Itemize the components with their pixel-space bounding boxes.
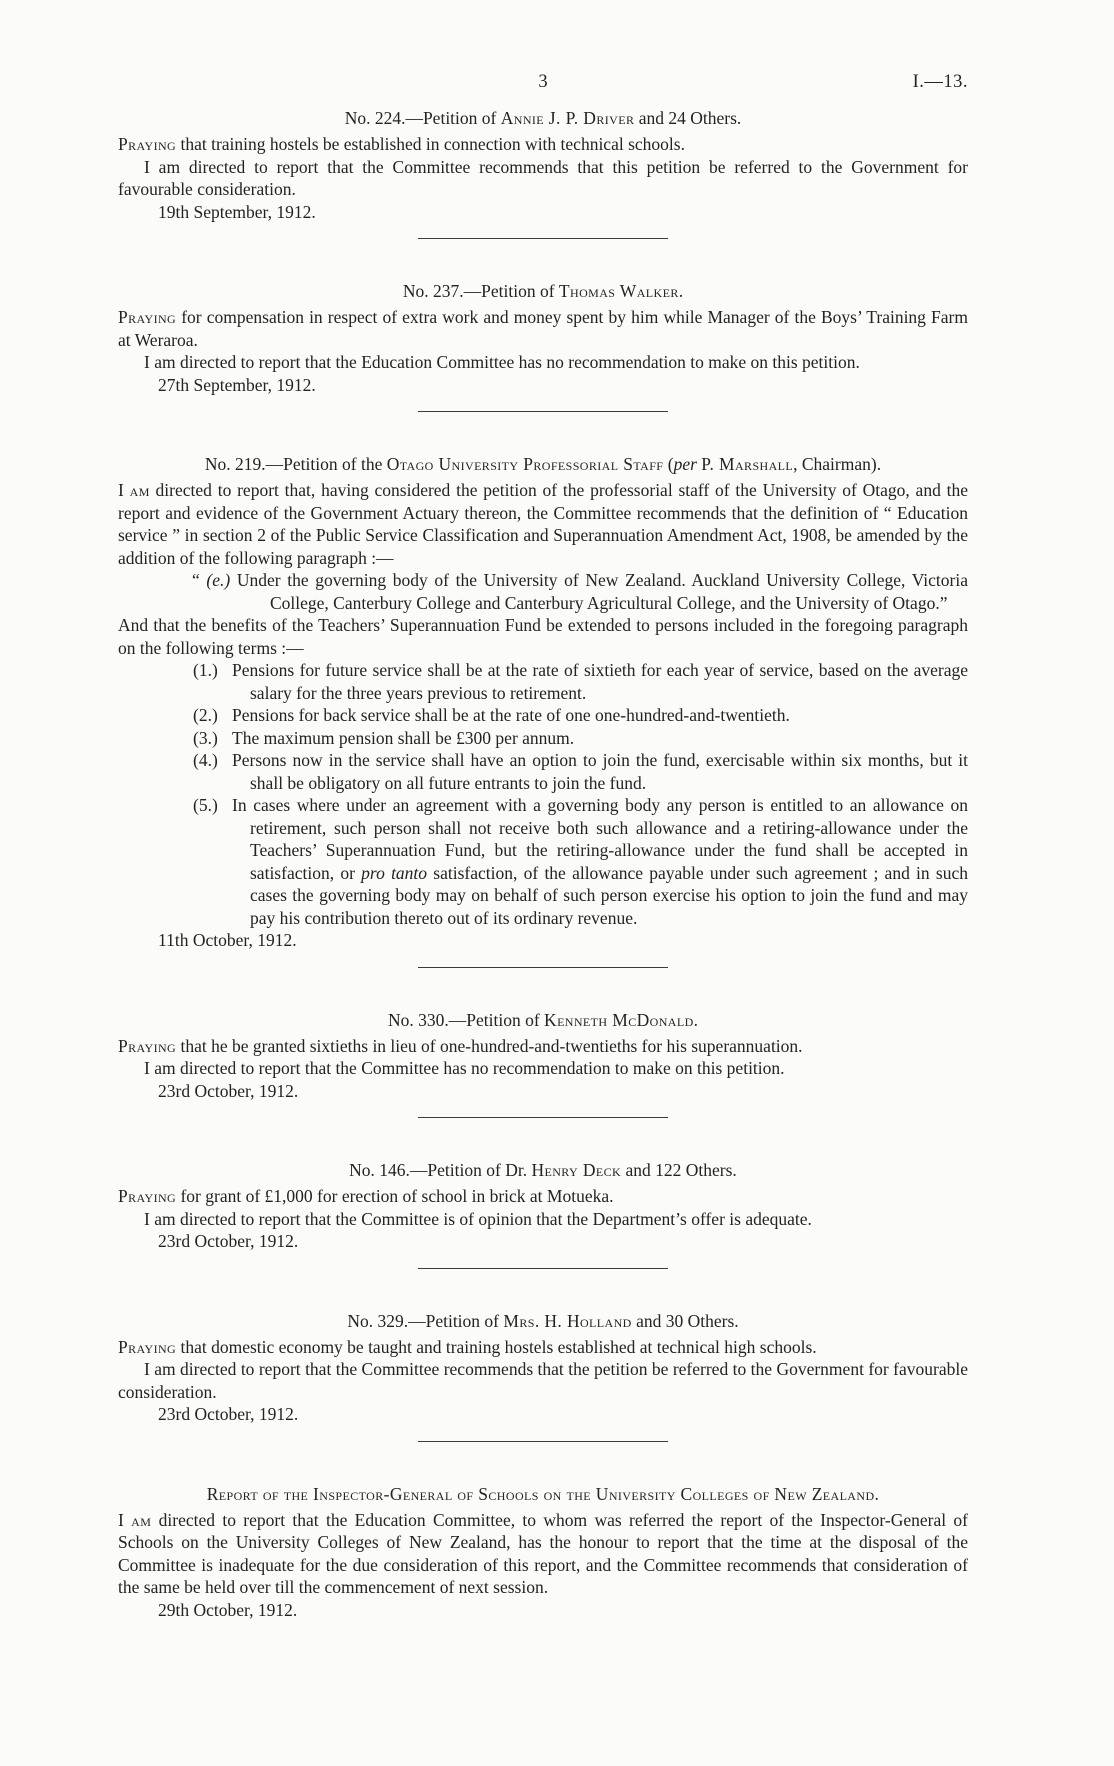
section-divider	[418, 967, 668, 968]
section-heading: No. 146.—Petition of Dr. Henry Deck and …	[118, 1159, 968, 1182]
text-run: “	[192, 570, 206, 590]
text-run: .	[679, 281, 683, 301]
italic-text: per	[674, 454, 697, 474]
text-run: 23rd October, 1912.	[158, 1081, 298, 1101]
document-body: No. 224.—Petition of Annie J. P. Driver …	[118, 107, 968, 1621]
section-heading: No. 237.—Petition of Thomas Walker.	[118, 280, 968, 303]
text-run: .	[694, 1010, 698, 1030]
petition-section: No. 219.—Petition of the Otago Universit…	[118, 453, 968, 952]
section-heading: No. 224.—Petition of Annie J. P. Driver …	[118, 107, 968, 130]
text-run: and 30 Others.	[632, 1311, 739, 1331]
paragraph: I am directed to report that the Educati…	[118, 1509, 968, 1599]
scanned-page: 3 I.—13. No. 224.—Petition of Annie J. P…	[0, 0, 1114, 1766]
text-run: I am directed to report that the Committ…	[118, 1359, 968, 1402]
text-run: and 24 Others.	[634, 108, 741, 128]
small-caps-text: Praying	[118, 1337, 176, 1357]
text-run: Pensions for future service shall be at …	[232, 660, 968, 703]
petition-section: Report of the Inspector-General of Schoo…	[118, 1483, 968, 1622]
text-run: I am directed to report that the Educati…	[144, 352, 860, 372]
text-run: No. 237.—Petition of	[403, 281, 559, 301]
text-run: No. 224.—Petition of	[345, 108, 501, 128]
section-divider	[418, 1268, 668, 1269]
section-heading: No. 329.—Petition of Mrs. H. Holland and…	[118, 1310, 968, 1333]
page-number: 3	[538, 72, 547, 93]
paragraph: (1.)Pensions for future service shall be…	[250, 659, 968, 704]
paragraph: I am directed to report that the Committ…	[118, 1208, 968, 1231]
section-heading: No. 219.—Petition of the Otago Universit…	[118, 453, 968, 476]
text-run: (	[663, 454, 673, 474]
list-item-marker: (5.)	[193, 794, 232, 817]
section-divider	[418, 1441, 668, 1442]
list-item-marker: (4.)	[193, 749, 232, 772]
text-run: 23rd October, 1912.	[158, 1231, 298, 1251]
page-header: 3 I.—13.	[118, 72, 968, 93]
paragraph: I am directed to report that the Committ…	[118, 1358, 968, 1403]
text-run: No. 219.—Petition of the	[205, 454, 387, 474]
small-caps-text: Annie J. P. Driver	[501, 108, 635, 128]
text-run: for compensation in respect of extra wor…	[118, 307, 968, 350]
section-divider	[418, 238, 668, 239]
text-run: Under the governing body of the Universi…	[230, 570, 968, 613]
small-caps-text: Kenneth McDonald	[544, 1010, 694, 1030]
small-caps-text: am	[130, 480, 150, 500]
section-divider	[418, 1117, 668, 1118]
small-caps-text: Report of the Inspector-General of Schoo…	[207, 1484, 880, 1504]
text-run: The maximum pension shall be £300 per an…	[232, 728, 574, 748]
small-caps-text: am	[131, 1510, 151, 1530]
text-run: No. 329.—Petition of	[347, 1311, 503, 1331]
text-run: No. 146.—Petition of Dr.	[349, 1160, 531, 1180]
paragraph: I am directed to report that the Educati…	[118, 351, 968, 374]
text-run: 27th September, 1912.	[158, 375, 316, 395]
text-block: 3 I.—13. No. 224.—Petition of Annie J. P…	[118, 72, 968, 1621]
list-item-marker: (3.)	[193, 727, 232, 750]
text-run: And that the benefits of the Teachers’ S…	[118, 615, 968, 658]
small-caps-text: Otago University Professorial Staff	[387, 454, 664, 474]
text-run: 11th October, 1912.	[158, 930, 297, 950]
text-run: directed to report that, having consider…	[118, 480, 968, 568]
petition-section: No. 330.—Petition of Kenneth McDonald.Pr…	[118, 1009, 968, 1103]
small-caps-text: Henry Deck	[531, 1160, 621, 1180]
small-caps-text: P. Marshall	[701, 454, 793, 474]
paragraph: Praying that domestic economy be taught …	[118, 1336, 968, 1359]
petition-section: No. 237.—Petition of Thomas Walker.Prayi…	[118, 280, 968, 396]
petition-section: No. 224.—Petition of Annie J. P. Driver …	[118, 107, 968, 223]
paragraph: Praying that he be granted sixtieths in …	[118, 1035, 968, 1058]
list-item-marker: (1.)	[193, 659, 232, 682]
small-caps-text: Thomas Walker	[559, 281, 679, 301]
date-line: 29th October, 1912.	[118, 1599, 968, 1622]
document-reference: I.—13.	[548, 72, 968, 93]
date-line: 27th September, 1912.	[118, 374, 968, 397]
text-run: I	[118, 1510, 131, 1530]
text-run: I	[118, 480, 130, 500]
text-run: that training hostels be established in …	[176, 134, 685, 154]
date-line: 19th September, 1912.	[118, 201, 968, 224]
text-run: No. 330.—Petition of	[388, 1010, 544, 1030]
small-caps-text: Praying	[118, 1186, 176, 1206]
text-run: 29th October, 1912.	[158, 1600, 297, 1620]
paragraph: (5.)In cases where under an agreement wi…	[250, 794, 968, 929]
list-item-marker: (2.)	[193, 704, 232, 727]
paragraph: I am directed to report that, having con…	[118, 479, 968, 569]
petition-section: No. 329.—Petition of Mrs. H. Holland and…	[118, 1310, 968, 1426]
section-heading: No. 330.—Petition of Kenneth McDonald.	[118, 1009, 968, 1032]
small-caps-text: Praying	[118, 134, 176, 154]
text-run: Persons now in the service shall have an…	[232, 750, 968, 793]
paragraph: (4.)Persons now in the service shall hav…	[250, 749, 968, 794]
paragraph: And that the benefits of the Teachers’ S…	[118, 614, 968, 659]
paragraph: Praying for compensation in respect of e…	[118, 306, 968, 351]
paragraph: I am directed to report that the Committ…	[118, 1057, 968, 1080]
text-run: I am directed to report that the Committ…	[144, 1058, 785, 1078]
small-caps-text: Praying	[118, 307, 176, 327]
text-run: Pensions for back service shall be at th…	[232, 705, 790, 725]
paragraph: I am directed to report that the Committ…	[118, 156, 968, 201]
text-run: 23rd October, 1912.	[158, 1404, 298, 1424]
paragraph: (3.)The maximum pension shall be £300 pe…	[250, 727, 968, 750]
text-run: I am directed to report that the Committ…	[118, 157, 968, 200]
text-run: directed to report that the Education Co…	[118, 1510, 968, 1598]
text-run: I am directed to report that the Committ…	[144, 1209, 812, 1229]
date-line: 11th October, 1912.	[118, 929, 968, 952]
paragraph: “ (e.) Under the governing body of the U…	[270, 569, 968, 614]
small-caps-text: Mrs. H. Holland	[503, 1311, 631, 1331]
section-divider	[418, 411, 668, 412]
text-run: , Chairman).	[793, 454, 881, 474]
paragraph: Praying for grant of £1,000 for erection…	[118, 1185, 968, 1208]
date-line: 23rd October, 1912.	[118, 1080, 968, 1103]
date-line: 23rd October, 1912.	[118, 1230, 968, 1253]
text-run: 19th September, 1912.	[158, 202, 316, 222]
section-heading: Report of the Inspector-General of Schoo…	[118, 1483, 968, 1506]
italic-text: (e.)	[206, 570, 230, 590]
italic-text: pro tanto	[361, 863, 427, 883]
small-caps-text: Praying	[118, 1036, 176, 1056]
text-run: that domestic economy be taught and trai…	[176, 1337, 817, 1357]
date-line: 23rd October, 1912.	[118, 1403, 968, 1426]
paragraph: (2.)Pensions for back service shall be a…	[250, 704, 968, 727]
paragraph: Praying that training hostels be establi…	[118, 133, 968, 156]
petition-section: No. 146.—Petition of Dr. Henry Deck and …	[118, 1159, 968, 1253]
text-run: and 122 Others.	[621, 1160, 737, 1180]
text-run: for grant of £1,000 for erection of scho…	[176, 1186, 613, 1206]
text-run: that he be granted sixtieths in lieu of …	[176, 1036, 802, 1056]
